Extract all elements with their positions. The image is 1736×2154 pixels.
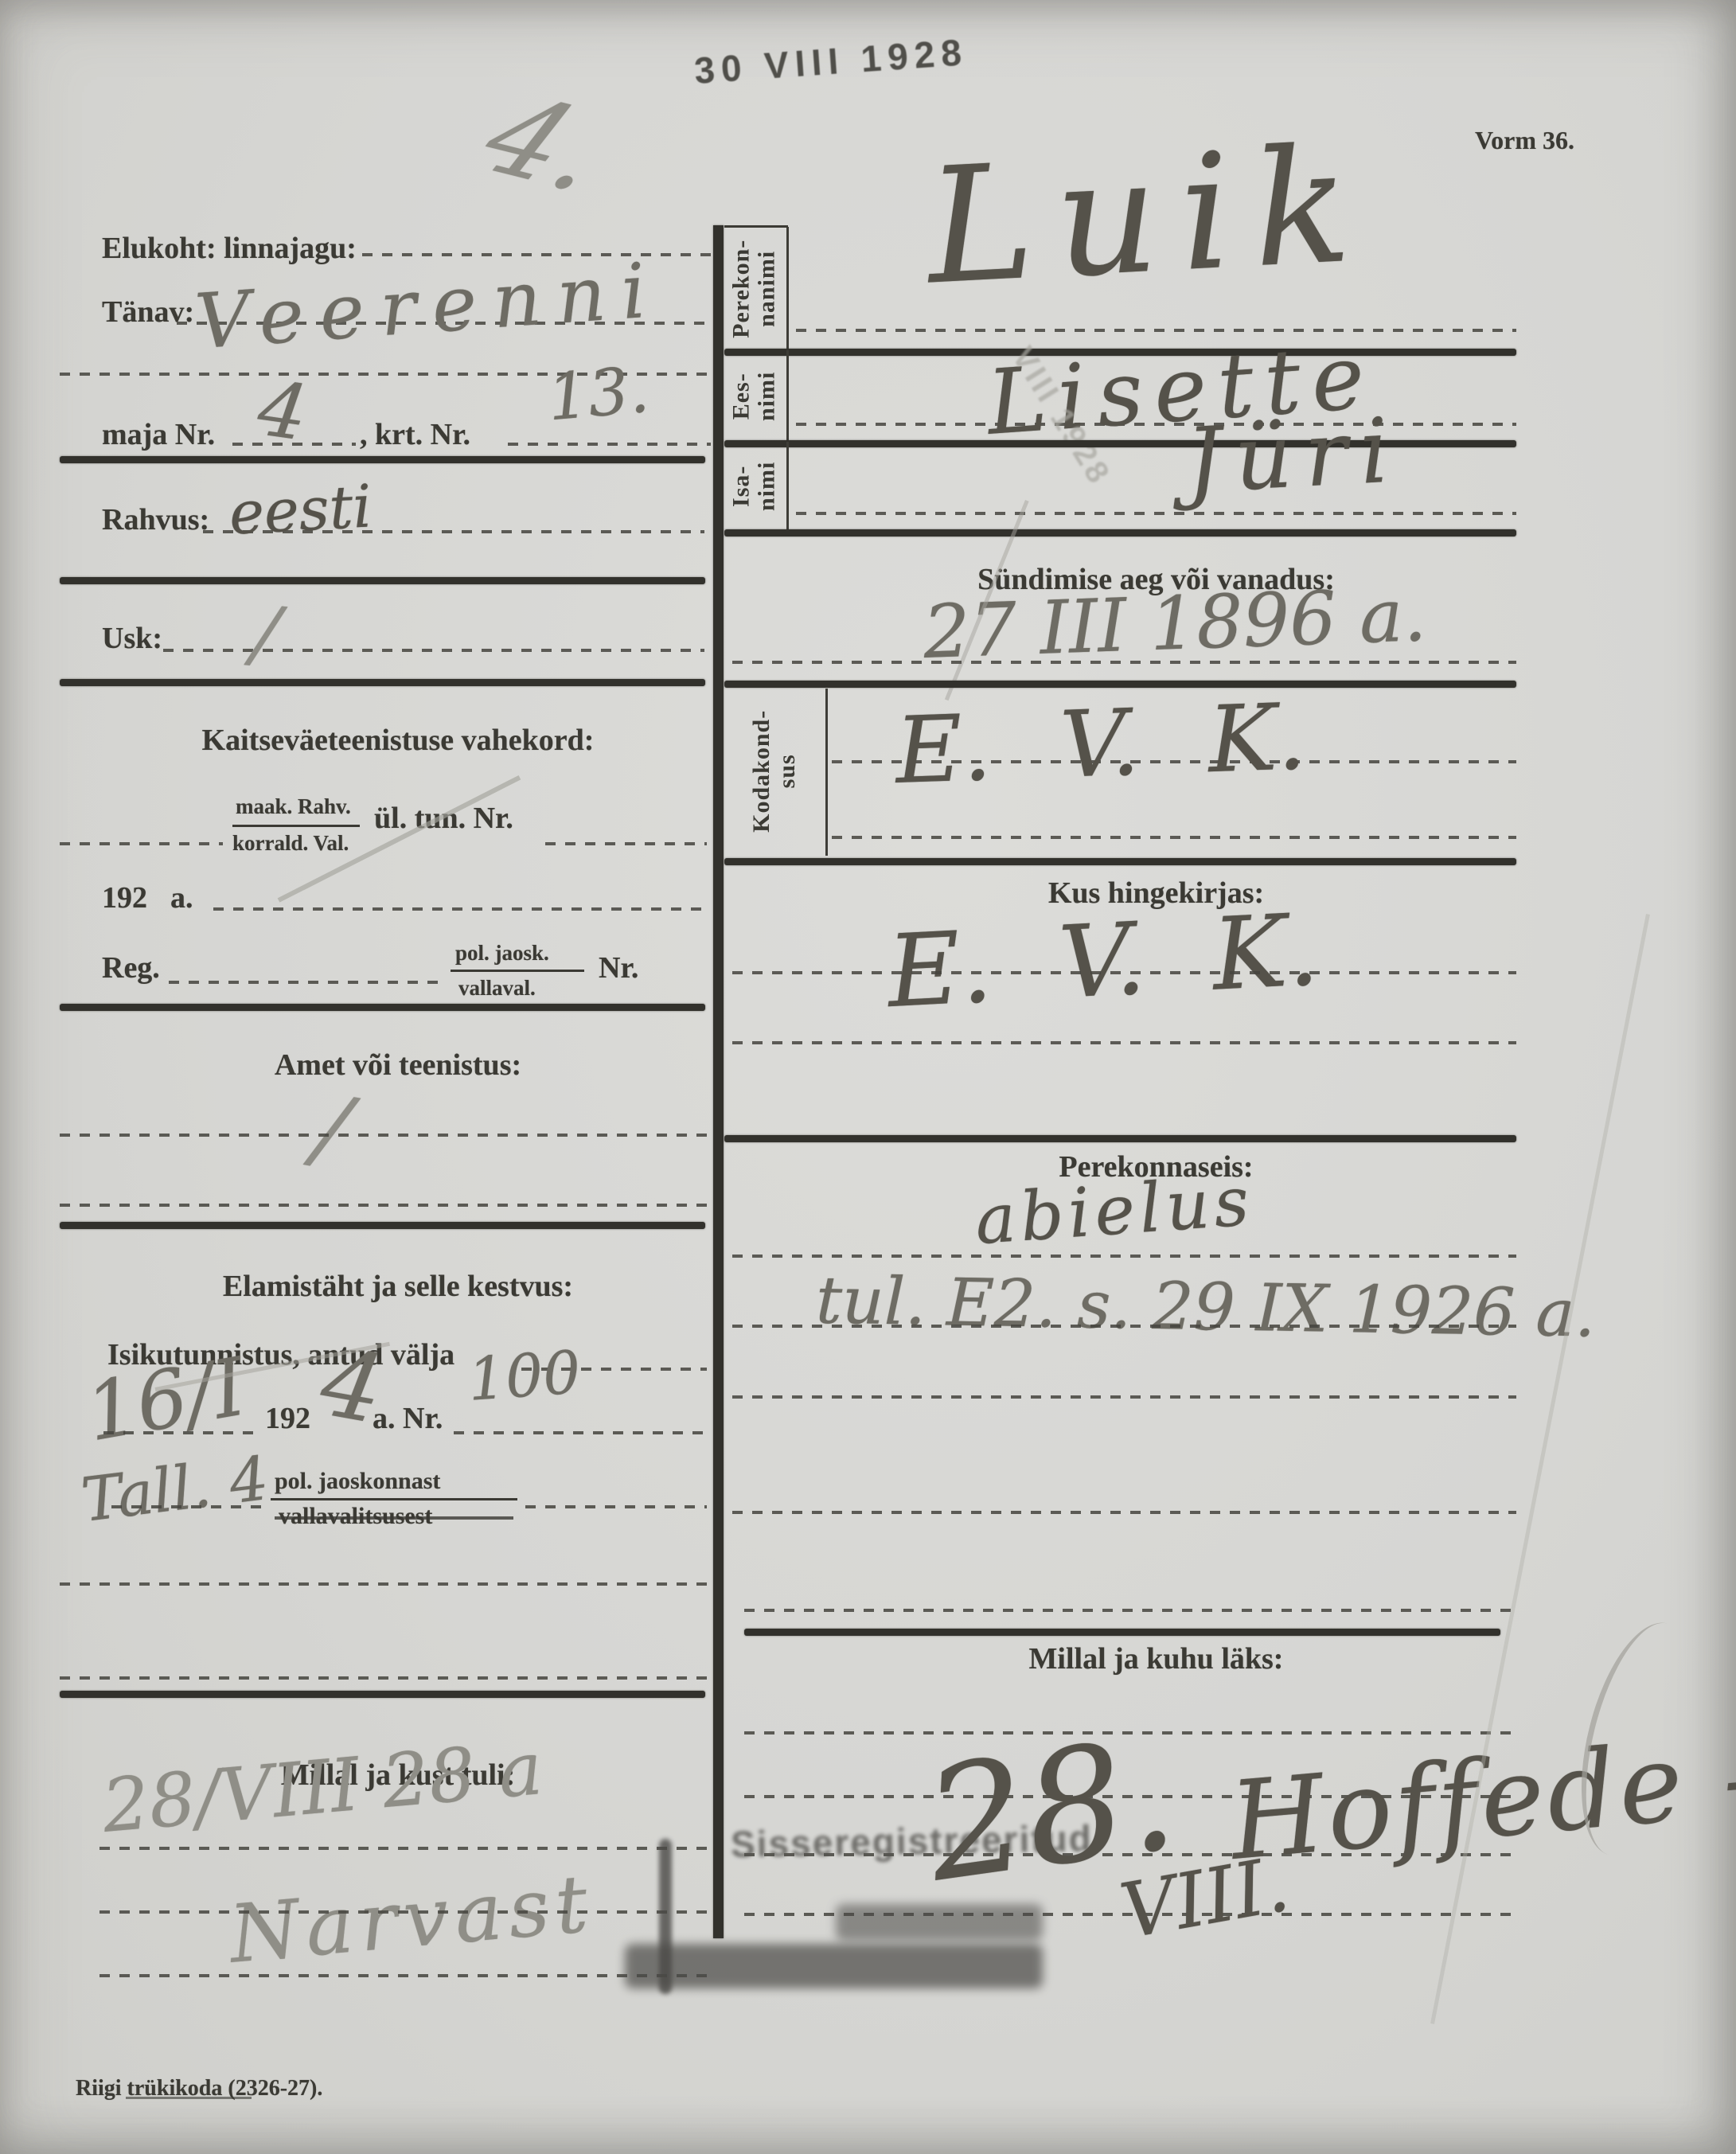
rule [60,1222,705,1229]
citizenship-label-line2: sus [774,710,800,833]
birthdate-handwriting: 27 III 1896 a. [922,572,1427,675]
year-label: 192 [102,880,147,915]
pencil-stroke [1430,914,1650,2024]
arrival-date-handwriting: 28/VIII 28 a [99,1726,545,1849]
rule [60,1004,705,1011]
nationality-handwriting: eesti [228,472,373,548]
arrival-place-handwriting: Narvast [226,1856,598,1981]
citizenship-label-line1: Kodakond- [749,710,774,833]
dotted-line [99,1974,707,1977]
residence-label: Elukoht: linnajagu: [102,231,357,266]
dotted-line [796,512,1516,515]
residence-permit-heading: Elamistäht ja selle kestvus: [80,1269,716,1304]
fraction-top: maak. Rahv. [236,794,351,819]
identity-number-handwriting: 100 [466,1338,583,1415]
strikethrough-line [275,1516,513,1520]
identity-a-nr-label: a. Nr. [373,1401,443,1436]
firstname-label-line1: Ees- [728,371,754,420]
citizenship-label-cell: Kodakond- sus [726,685,823,858]
dotted-line [60,1134,707,1137]
surname-label-line2: nanimi [754,239,779,338]
fraction-bar [451,970,584,972]
fraction-bar [271,1498,517,1500]
rule [60,679,705,686]
label-cell-border [786,442,789,531]
residence-value-handwriting: 4. [462,72,628,217]
dotted-line [525,1505,707,1508]
dotted-line [163,649,704,652]
fathername-label-line2: nimi [754,462,779,511]
stamp-smudge [836,1904,1043,1941]
house-number-label: maja Nr. [102,417,215,452]
rule [744,1629,1500,1636]
religion-handwriting: / [248,590,283,680]
firstname-label-cell: Ees- nimi [721,350,786,442]
dotted-line [732,1511,1516,1514]
dotted-line [60,842,223,845]
dotted-line [508,443,711,446]
dotted-line [732,971,1516,974]
label-cell-border [825,689,828,856]
firstname-label-line2: nimi [754,371,779,420]
stamp-smudge [625,1944,1043,1988]
apartment-number-label: , krt. Nr. [360,417,470,452]
religion-label: Usk: [102,621,162,656]
military-service-heading: Kaitseväeteenistuse vahekord: [80,723,716,758]
rule [724,681,1516,688]
dotted-line [99,1847,707,1850]
rule [724,1135,1516,1142]
dotted-line [832,836,1516,839]
dotted-line [111,1505,267,1508]
dotted-line [545,842,707,845]
date-stamp: 30 VIII 1928 [693,30,969,92]
dotted-line [796,329,1516,332]
scan-artifact-line [126,2097,252,2099]
label-cell-border [786,350,789,442]
citizenship-handwriting: E. V. K. [894,684,1308,805]
fathername-label-line1: Isa- [728,462,754,511]
fathername-label-cell: Isa- nimi [721,442,786,531]
dotted-line [213,907,707,911]
fraction-bottom: korrald. Val. [232,831,349,856]
occupation-heading: Amet või teenistus: [80,1048,716,1083]
rule [60,577,705,584]
fraction-bar [232,825,360,827]
identity-year-label: 192 [265,1401,310,1436]
parish-register-handwriting: E. V. K. [885,892,1322,1030]
dotted-line [732,1255,1516,1258]
dotted-line [454,1431,707,1434]
year-a-label: a. [170,880,193,915]
surname-label-line1: Perekon- [728,239,754,338]
dotted-line [60,1676,707,1680]
fathername-handwriting: Jüri [1184,399,1404,513]
dotted-line [60,1582,707,1586]
note-handwriting: tul. E2. s. 29 IX 1926 a. [815,1262,1596,1352]
surname-label-cell: Perekon- nanimi [721,227,786,350]
fraction-top: pol. jaoskonnast [275,1468,440,1495]
rule [724,529,1516,537]
rule [60,456,705,463]
fraction-top: pol. jaosk. [455,941,549,966]
rule [60,1691,705,1698]
dotted-line [732,1395,1516,1399]
apartment-number-handwriting: 13. [544,353,652,435]
dotted-line [744,1609,1516,1612]
label-cell-border [786,227,789,350]
dotted-line [732,1041,1516,1044]
reg-label: Reg. [102,950,160,985]
dotted-line [169,981,446,984]
scanned-form-vorm-36: 30 VIII 1928 Vorm 36. Elukoht: linnajagu… [0,0,1736,2154]
dotted-line [732,661,1516,664]
dotted-line [103,1431,263,1434]
occupation-handwriting: / [308,1075,357,1185]
form-code: Vorm 36. [1475,126,1574,155]
identity-date-handwriting: 16/I [79,1340,252,1459]
dotted-line [732,1325,1516,1328]
stamp-smudge [659,1839,672,1994]
dotted-line [99,1910,707,1914]
dotted-line [60,1204,707,1207]
rule [724,858,1516,865]
fraction-bottom: vallaval. [458,976,536,1001]
surname-handwriting: Luik [923,112,1376,321]
departure-heading: Millal ja kuhu läks: [796,1641,1516,1676]
reg-number-label: Nr. [599,950,638,985]
nationality-label: Rahvus: [102,502,209,537]
